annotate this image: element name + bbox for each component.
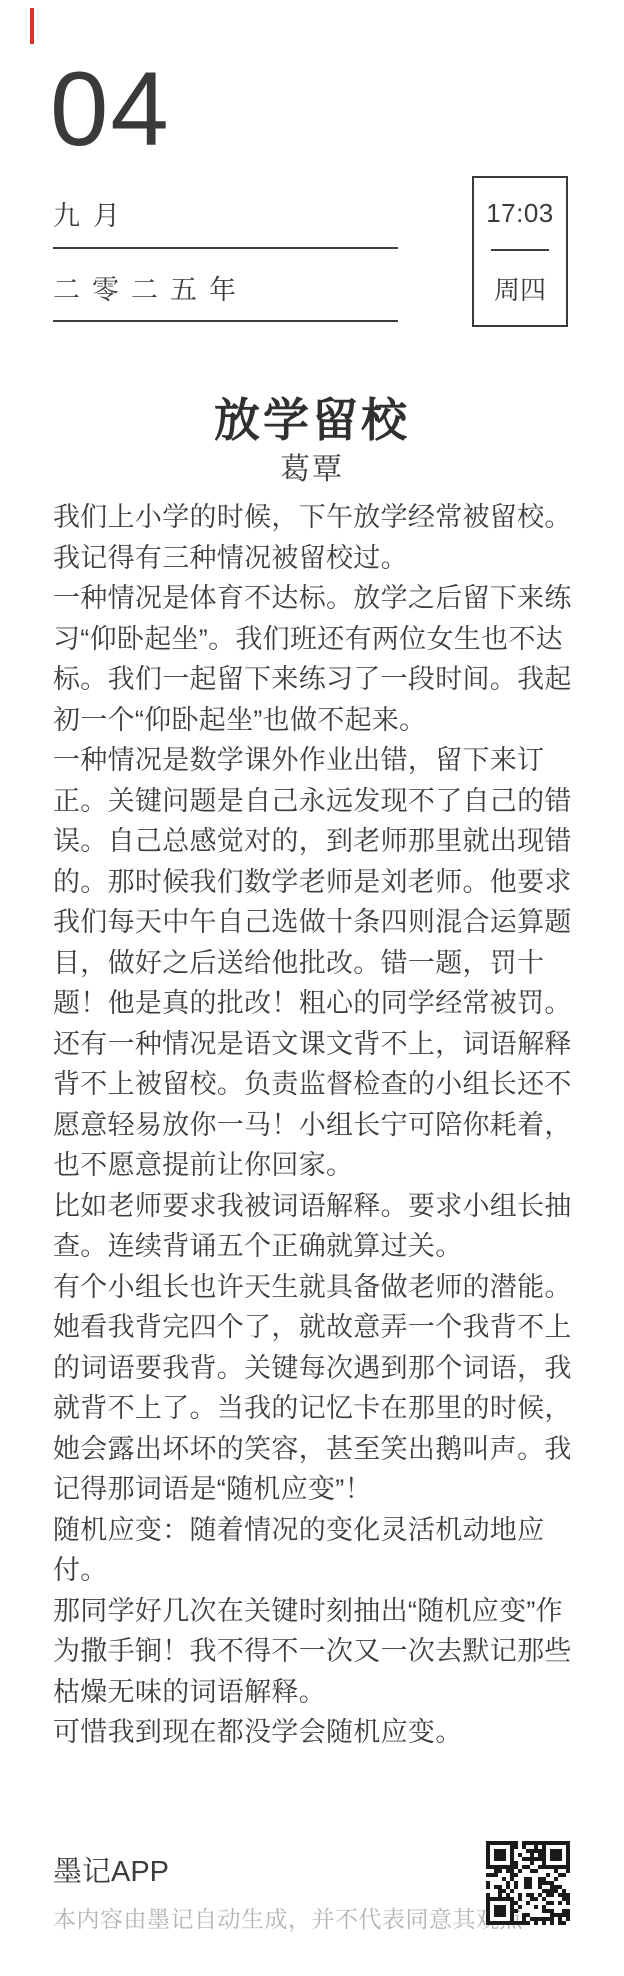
divider-line-top <box>53 247 398 249</box>
day-number: 04 <box>50 52 171 168</box>
year-label: 二零二五年 <box>53 268 248 307</box>
weekday-text: 周四 <box>494 270 546 307</box>
month-label: 九月 <box>53 194 133 233</box>
datetime-box-divider <box>491 249 549 251</box>
datetime-box: 17:03 周四 <box>472 176 568 327</box>
disclaimer-text: 本内容由墨记自动生成，并不代表同意其观点 <box>53 1901 523 1934</box>
article-body: 我们上小学的时候，下午放学经常被留校。 我记得有三种情况被留校过。 一种情况是体… <box>53 497 613 1753</box>
red-accent-marker <box>30 8 34 44</box>
divider-line-bottom <box>53 320 398 322</box>
time-text: 17:03 <box>486 198 554 229</box>
diary-card: 04 九月 二零二五年 17:03 周四 放学留校 葛覃 我们上小学的时候，下午… <box>0 0 624 1976</box>
qr-code <box>486 1841 570 1925</box>
article-author: 葛覃 <box>0 444 624 488</box>
article-title: 放学留校 <box>0 384 624 450</box>
app-name: 墨记APP <box>53 1849 169 1890</box>
